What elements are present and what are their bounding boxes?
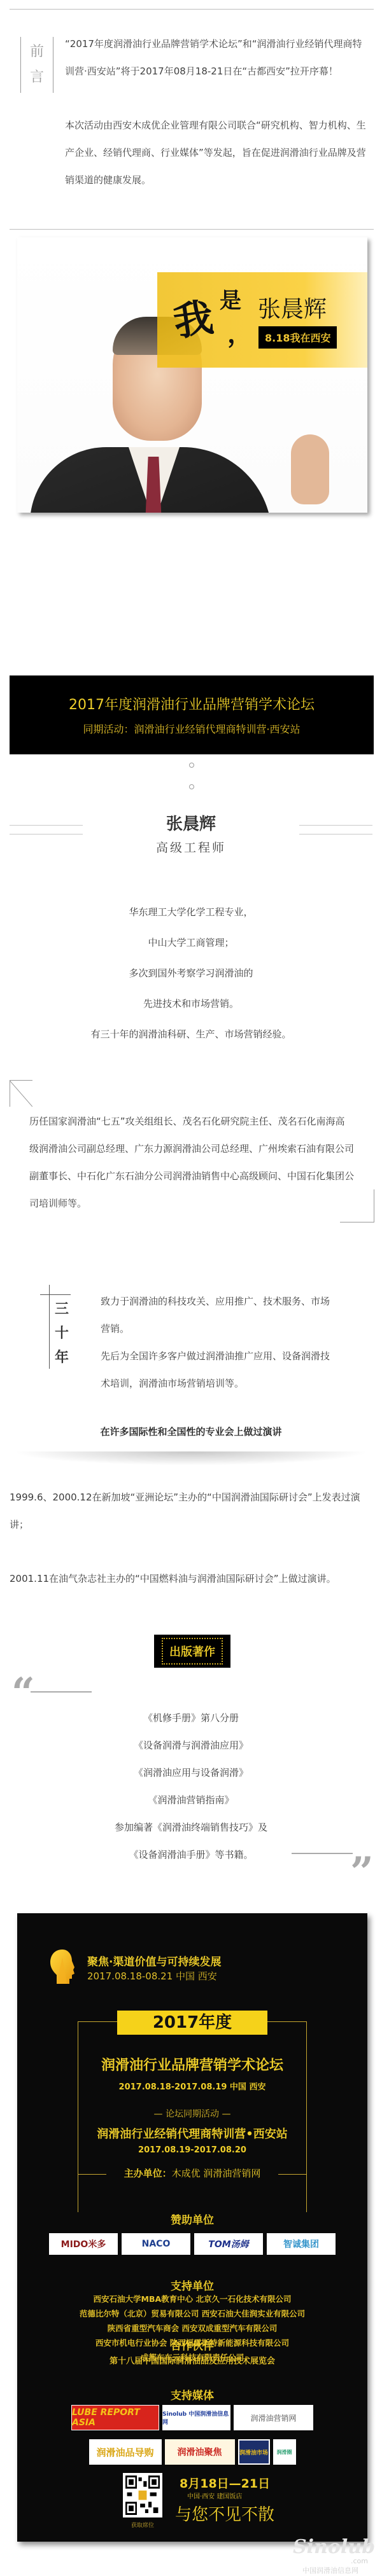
publication-item: 《润滑油应用与设备润滑》: [0, 1759, 382, 1787]
bio-line: 先进技术和市场营销。: [0, 988, 382, 1019]
speaker-title: 高级工程师: [0, 838, 382, 855]
media-logo-market: 润滑油市场: [238, 2439, 270, 2465]
speech-item: 1999.6、2000.12在新加坡“亚洲论坛”主办的“中国润滑油国际研讨会”上…: [10, 1484, 372, 1539]
publication-item: 《设备润滑与润滑油应用》: [0, 1732, 382, 1759]
event-title-bar: 2017年度润滑油行业品牌营销学术论坛 同期活动：润滑油行业经销代理商特训营·西…: [10, 675, 374, 754]
banner-speaker-name: 张晨辉: [258, 291, 327, 324]
host-row: 主办单位：木成优 润滑油营销网: [110, 2166, 275, 2180]
preface-label: 前 言: [20, 37, 53, 93]
host-label: 主办单位：: [124, 2168, 172, 2179]
banner-date-tag: 8.18我在西安: [258, 326, 337, 349]
event-title: 2017年度润滑油行业品牌营销学术论坛: [69, 694, 315, 714]
host-value: 木成优 润滑油营销网: [172, 2168, 261, 2179]
partner-heading: 合作伙伴: [17, 2337, 367, 2353]
media-logo-lube-report-asia: LUBE REPORT ASIA: [71, 2405, 159, 2430]
circle-dot-icon: [189, 784, 194, 789]
host-line-left: [78, 2174, 106, 2175]
sponsor-heading: 赞助单位: [17, 2211, 367, 2227]
media-logo-jujiao: 润滑油聚焦: [165, 2439, 235, 2465]
speaker-name: 张晨辉: [0, 811, 382, 834]
watermark-brand: Sinolub: [293, 2538, 368, 2557]
forum-date: 2017.08.18-2017.08.19 中国 西安: [17, 2080, 367, 2092]
calligraphy-wo: 我: [169, 286, 216, 347]
sinolub-watermark: Sinolub .com 中国润滑油信息网: [293, 2538, 368, 2575]
publication-item: 参加编著《润滑油终端销售技巧》及: [0, 1814, 382, 1841]
calligraphy-comma: ，: [227, 314, 253, 350]
thirty-years-text: 致力于润滑油的科技攻关、应用推广、技术服务、市场营销。 先后为全国许多客户做过润…: [101, 1288, 336, 1397]
poster-slogan: 聚焦·渠道价值与可持续发展: [87, 1953, 221, 1969]
speaker-bio: 华东理工大学化学工程专业， 中山大学工商管理； 多次到国外考察学习润滑油的 先进…: [0, 897, 382, 1049]
media-logo-runhuaquan: 润滑圈: [273, 2439, 296, 2465]
sponsor-logo-tom: TOM汤姆: [194, 2233, 263, 2255]
top-divider: [10, 9, 374, 10]
bio-line: 中山大学工商管理；: [0, 927, 382, 958]
speeches-heading: 在许多国际性和全国性的专业会上做过演讲: [0, 1425, 382, 1438]
publication-item: 《机修手册》第八分册: [0, 1705, 382, 1732]
camp-date: 2017.08.19-2017.08.20: [17, 2145, 367, 2155]
sponsor-logo-mido: MIDO米多: [49, 2233, 118, 2255]
circle-dot-icon: [189, 763, 194, 768]
event-date: 8月18日—21日: [180, 2474, 270, 2491]
watermark-text: 中国润滑油信息网: [293, 2565, 368, 2575]
closing-line: 与您不见不散: [175, 2502, 274, 2525]
preface-label-char: 言: [30, 65, 44, 90]
supporter-line: 陕西省重型汽车商会 西安双成重型汽车有限公司: [17, 2321, 367, 2336]
quote-close-line: [292, 1853, 353, 1854]
thirty-years-hline: [40, 1294, 71, 1295]
head-logo-icon: [49, 1948, 76, 1985]
sponsor-logos: MIDO米多 NACO TOM汤姆 智诚集团: [17, 2233, 367, 2255]
year-badge: 2017年度: [117, 2011, 267, 2035]
support-heading: 支持单位: [17, 2277, 367, 2293]
thumbs-up-hand: [291, 434, 329, 504]
preface-label-char: 前: [30, 39, 44, 65]
media-logos-row2: 润滑油品导购 润滑油聚焦 润滑油市场 润滑圈: [17, 2439, 367, 2465]
thirty-years-label: 三 十 年: [54, 1298, 69, 1370]
quote-close-icon: ”: [350, 1852, 374, 1893]
event-poster: 聚焦·渠道价值与可持续发展 2017.08.18-08.21 中国 西安 201…: [17, 1913, 367, 2542]
concurrent-label: — 论坛同期活动 —: [17, 2107, 367, 2120]
corner-arrow-icon: [10, 1080, 32, 1107]
publications-list: 《机修手册》第八分册 《设备润滑与润滑油应用》 《润滑油应用与设备润滑》 《润滑…: [0, 1705, 382, 1869]
speech-item: 2001.11在油气杂志社主办的“中国燃料油与润滑油国际研讨会”上做过演讲。: [10, 1565, 372, 1593]
poster-slogan-date: 2017.08.18-08.21 中国 西安: [87, 1969, 217, 1983]
speeches-list: 1999.6、2000.12在新加坡“亚洲论坛”主办的“中国润滑油国际研讨会”上…: [10, 1484, 372, 1619]
preface-text: “2017年度润滑油行业品牌营销学术论坛”和“润滑油行业经销代理商特训营·西安站…: [65, 31, 369, 221]
qr-caption: 获取席位: [121, 2521, 164, 2529]
corner-bracket: [340, 1189, 374, 1222]
label-char: 三: [54, 1298, 69, 1322]
publications-badge: 出版著作: [154, 1635, 230, 1668]
label-char: 十: [54, 1322, 69, 1346]
media-logo-sinolub: Sinolub 中国润滑油信息网: [162, 2405, 230, 2430]
career-history: 历任国家润滑油“七五”攻关组组长、茂名石化研究院主任、茂名石化南海高级润滑油公司…: [29, 1108, 354, 1217]
heading-shadow: [13, 1451, 369, 1465]
label-char: 年: [54, 1346, 69, 1370]
sponsor-logo-naco: NACO: [122, 2233, 190, 2255]
thirty-years-line: 先后为全国许多客户做过润滑油推广应用、设备润滑技术培训，润滑油市场营销培训等。: [101, 1343, 336, 1397]
bio-line: 有三十年的润滑油科研、生产、市场营销经验。: [0, 1019, 382, 1049]
section-divider: [10, 229, 374, 230]
forum-name: 润滑油行业品牌营销学术论坛: [17, 2054, 367, 2074]
supporter-line: 西安石油大学MBA教育中心 北京久一石化技术有限公司: [17, 2292, 367, 2306]
partner-name: 第十八届中国国际润滑油品及应用技术展览会: [17, 2354, 367, 2366]
speaker-photo: 我 是 ， 张晨辉 8.18我在西安: [17, 237, 367, 513]
media-logo-runhuayou-yingxiao: 润滑油营销网: [234, 2405, 313, 2430]
media-heading: 支持媒体: [17, 2386, 367, 2402]
host-line-right: [278, 2174, 307, 2175]
media-logos-row1: LUBE REPORT ASIA Sinolub 中国润滑油信息网 润滑油营销网: [17, 2405, 367, 2430]
qr-code-icon: [125, 2476, 160, 2515]
preface-paragraph: “2017年度润滑油行业品牌营销学术论坛”和“润滑油行业经销代理商特训营·西安站…: [65, 31, 369, 85]
bio-line: 华东理工大学化学工程专业，: [0, 897, 382, 927]
qr-code[interactable]: [123, 2473, 162, 2517]
sponsor-logo-zhicheng: 智诚集团: [267, 2233, 336, 2255]
camp-name: 润滑油行业经销代理商特训营•西安站: [17, 2125, 367, 2142]
event-venue: 中国·西安 建国饭店: [187, 2491, 242, 2500]
thirty-years-vline: [49, 1285, 50, 1369]
supporter-line: 范德比尔特（北京）贸易有限公司 西安石油大佳润实业有限公司: [17, 2306, 367, 2321]
calligraphy-shi: 是: [220, 283, 241, 314]
publication-item: 《润滑油营销指南》: [0, 1787, 382, 1814]
quote-open-line: [31, 1691, 92, 1693]
publications-label: 出版著作: [162, 1638, 223, 1665]
bio-line: 多次到国外考察学习润滑油的: [0, 958, 382, 988]
thirty-years-line: 致力于润滑油的科技攻关、应用推广、技术服务、市场营销。: [101, 1288, 336, 1343]
preface-paragraph: 本次活动由西安木成优企业管理有限公司联合“研究机构、智力机构、生产企业、经销代理…: [65, 112, 369, 194]
event-subtitle: 同期活动：润滑油行业经销代理商特训营·西安站: [83, 721, 300, 736]
media-logo-daogou: 润滑油品导购: [89, 2439, 162, 2465]
publication-item: 《设备润滑油手册》等书籍。: [0, 1841, 382, 1869]
